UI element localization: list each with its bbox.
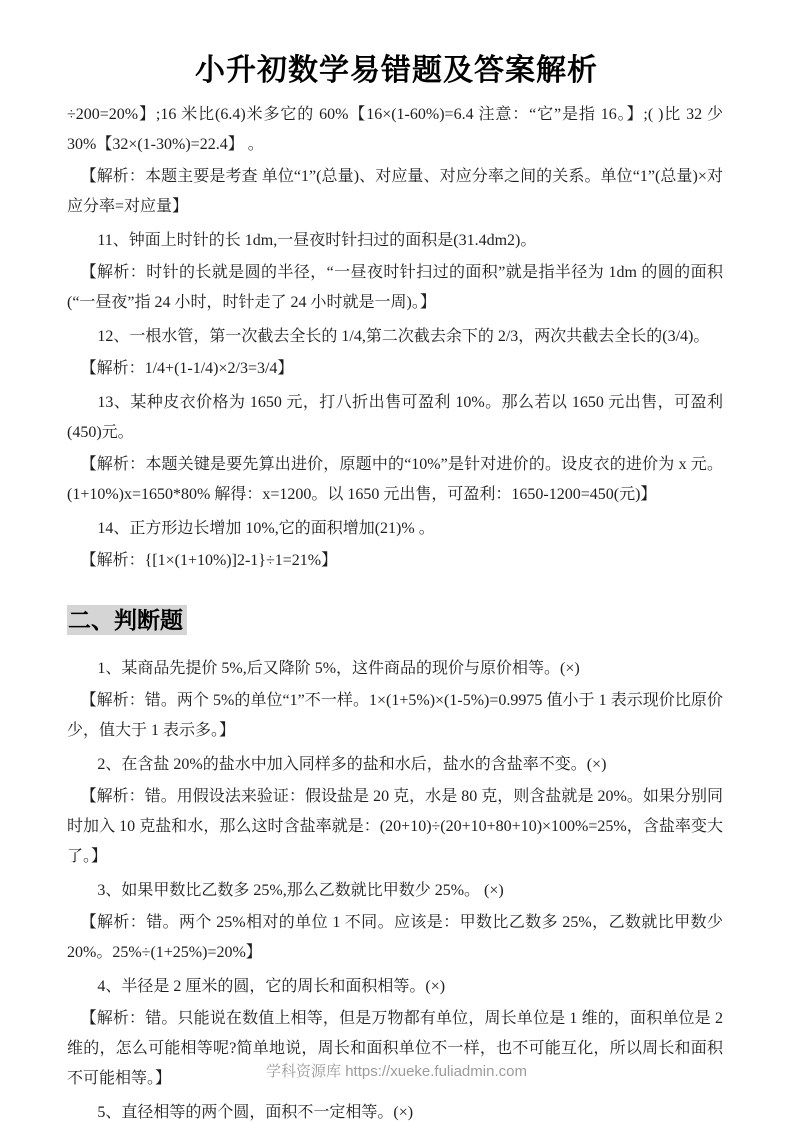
document-page: 小升初数学易错题及答案解析 ÷200=20%】;16 米比(6.4)米多它的 6… <box>0 0 793 1122</box>
question-paragraph: 1、某商品先提价 5%,后又降阶 5%，这件商品的现价与原价相等。(×) <box>67 654 723 684</box>
analysis-paragraph: 【解析：1/4+(1-1/4)×2/3=3/4】 <box>67 354 723 384</box>
analysis-paragraph: 【解析：错。用假设法来验证：假设盐是 20 克，水是 80 克，则含盐就是 20… <box>67 782 723 872</box>
analysis-paragraph: 【解析：错。两个 25%相对的单位 1 不同。应该是：甲数比乙数多 25%，乙数… <box>67 908 723 968</box>
analysis-paragraph: 【解析：时针的长就是圆的半径，“一昼夜时针扫过的面积”就是指半径为 1dm 的圆… <box>67 258 723 318</box>
analysis-paragraph: 【解析：本题主要是考查 单位“1”(总量)、对应量、对应分率之间的关系。单位“1… <box>67 162 723 222</box>
section-heading: 二、判断题 <box>67 602 723 642</box>
analysis-paragraph: 【解析：错。两个 5%的单位“1”不一样。1×(1+5%)×(1-5%)=0.9… <box>67 686 723 746</box>
question-paragraph: 14、正方形边长增加 10%,它的面积增加(21)% 。 <box>67 514 723 544</box>
question-paragraph: 13、某种皮衣价格为 1650 元，打八折出售可盈利 10%。那么若以 1650… <box>67 388 723 448</box>
section-heading-text: 二、判断题 <box>67 605 187 635</box>
question-paragraph: 5、直径相等的两个圆，面积不一定相等。(×) <box>67 1098 723 1122</box>
question-paragraph: 4、半径是 2 厘米的圆，它的周长和面积相等。(×) <box>67 972 723 1002</box>
analysis-paragraph: 【解析：本题关键是要先算出进价，原题中的“10%”是针对进价的。设皮衣的进价为 … <box>67 450 723 510</box>
watermark-text: 学科资源库 https://xueke.fuliadmin.com <box>266 1063 527 1080</box>
question-paragraph: 2、在含盐 20%的盐水中加入同样多的盐和水后，盐水的含盐率不变。(×) <box>67 750 723 780</box>
question-paragraph: 12、一根水管，第一次截去全长的 1/4,第二次截去余下的 2/3，两次共截去全… <box>67 322 723 352</box>
question-paragraph: 11、钟面上时针的长 1dm,一昼夜时针扫过的面积是(31.4dm2)。 <box>67 226 723 256</box>
watermark-footer: 学科资源库 https://xueke.fuliadmin.com <box>0 1060 793 1081</box>
analysis-paragraph: 【解析：{[1×(1+10%)]2-1}÷1=21%】 <box>67 546 723 576</box>
document-title: 小升初数学易错题及答案解析 <box>0 0 793 92</box>
body-paragraph: ÷200=20%】;16 米比(6.4)米多它的 60%【16×(1-60%)=… <box>67 100 723 160</box>
question-paragraph: 3、如果甲数比乙数多 25%,那么乙数就比甲数少 25%。 (×) <box>67 876 723 906</box>
document-body: ÷200=20%】;16 米比(6.4)米多它的 60%【16×(1-60%)=… <box>67 100 723 1122</box>
